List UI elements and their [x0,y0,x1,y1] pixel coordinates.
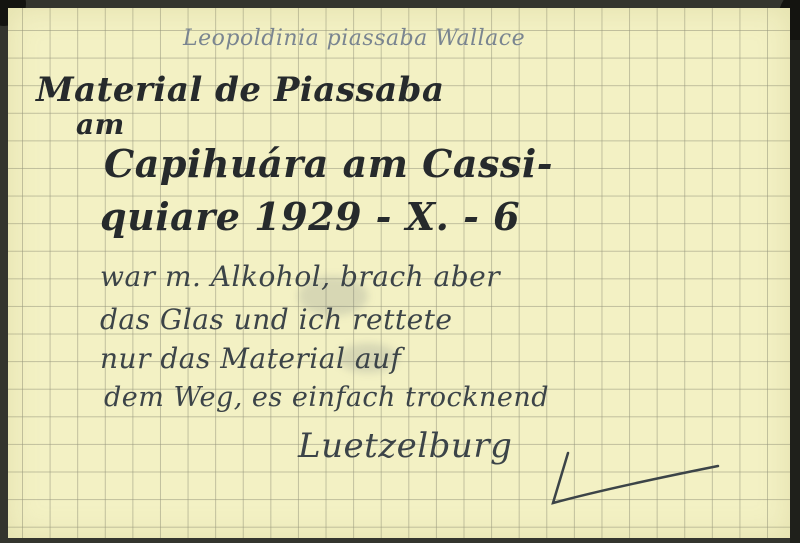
document-scan: Leopoldinia piassaba Wallace Material de… [0,0,800,543]
text-line-2: am [76,108,125,141]
text-line-7: nur das Material auf [100,342,401,375]
text-line-1: Material de Piassaba [36,70,445,110]
text-line-6: das Glas und ich rettete [100,303,452,336]
signature: Luetzelburg [298,426,512,466]
header-note: Leopoldinia piassaba Wallace [183,26,525,51]
signature-flourish-icon [548,448,728,518]
text-line-8: dem Weg, es einfach trocknend [104,382,549,413]
scan-edge [790,40,800,543]
text-line-4-date: quiare 1929 - X. - 6 [100,194,520,239]
graph-paper-sheet: Leopoldinia piassaba Wallace Material de… [8,8,790,538]
text-line-3: Capihuára am Cassi- [104,141,553,186]
text-line-5: war m. Alkohol, brach aber [100,260,500,293]
